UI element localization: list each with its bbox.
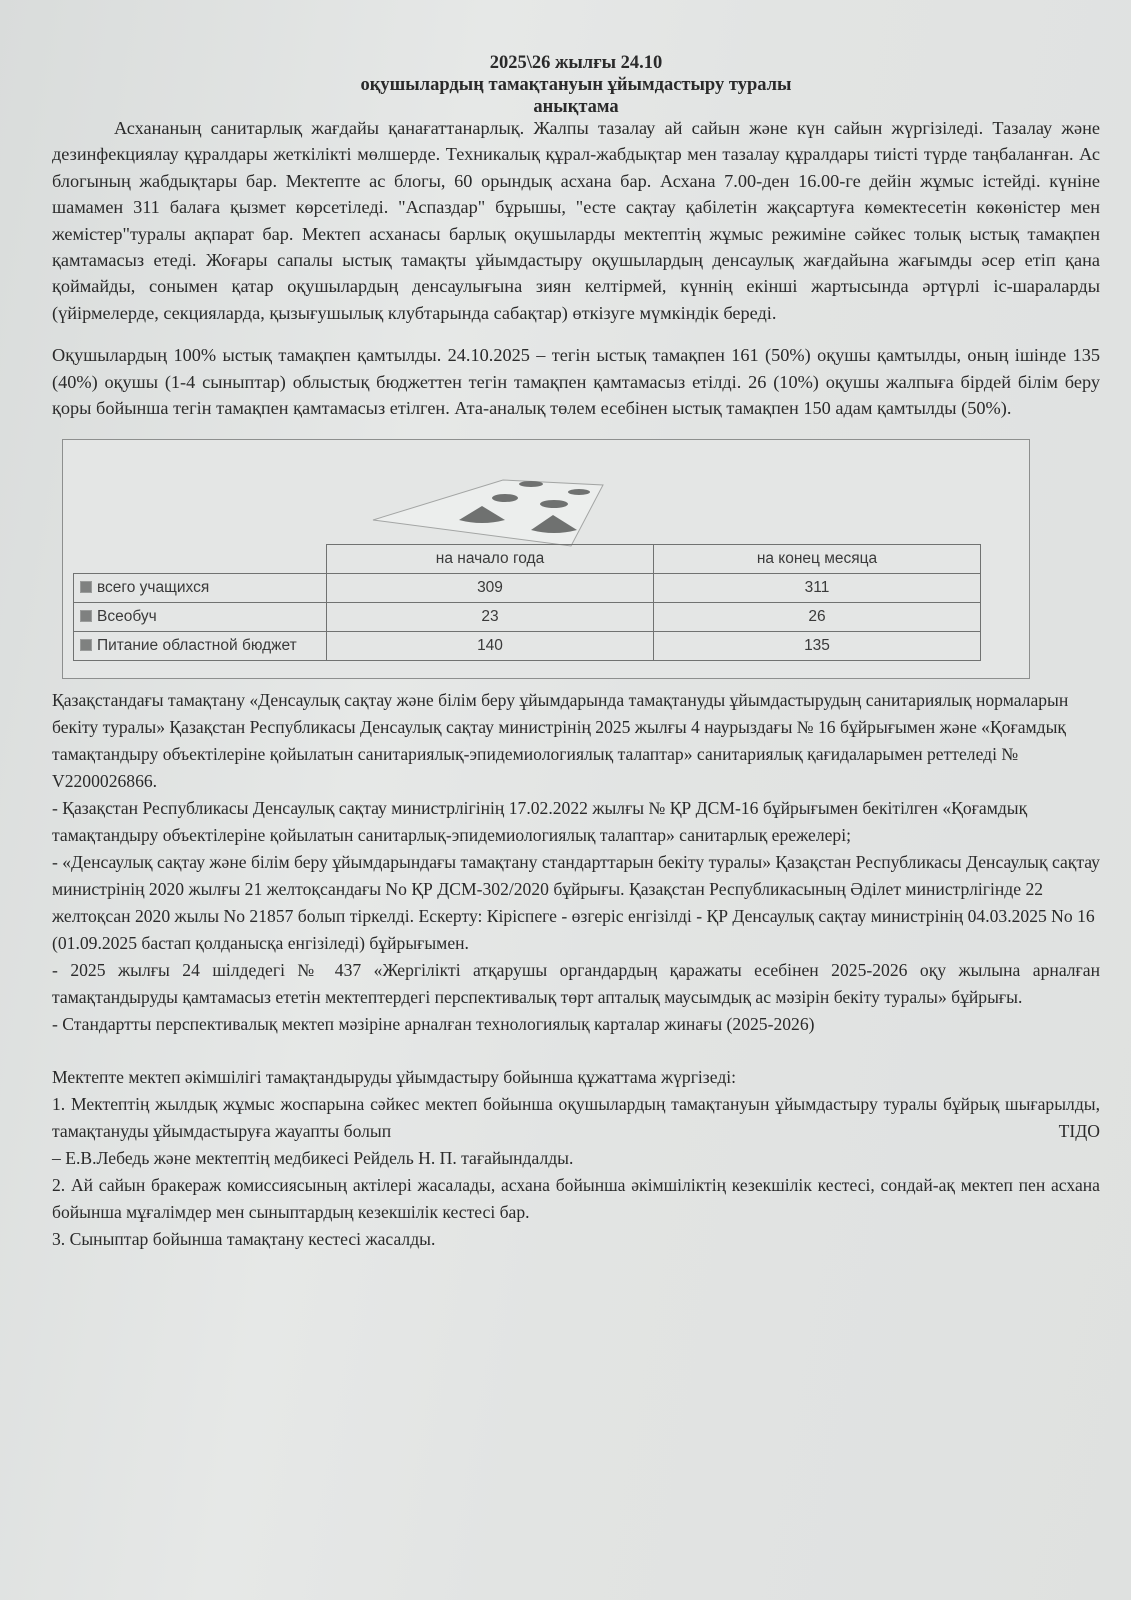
responsible-position: ТІДО [1059, 1118, 1100, 1145]
documentation-item-3: 3. Сыныптар бойынша тамақтану кестесі жа… [52, 1226, 1100, 1253]
cone-chart-plot [63, 440, 1031, 550]
documentation-section: Мектепте мектеп әкімшілігі тамақтандыруд… [52, 1064, 1100, 1253]
document-title: 2025\26 жылғы 24.10 оқушылардың тамақтан… [52, 52, 1100, 118]
cell-start: 140 [327, 632, 654, 661]
cone-bar-top-budget-end [540, 500, 568, 508]
cell-end: 26 [654, 603, 981, 632]
cone-chart: на начало года на конец месяца всего уча… [62, 439, 1030, 679]
row-label: Питание областной бюджет [97, 637, 297, 654]
documentation-item-1: 1. Мектептің жылдық жұмыс жоспарына сәйк… [52, 1091, 1100, 1145]
documentation-item-2: 2. Ай сайын бракераж комиссиясының актіл… [52, 1172, 1100, 1226]
regulations-intro: Қазақстандағы тамақтану «Денсаулық сақта… [52, 687, 1100, 795]
regulation-item: - Стандартты перспективалық мектеп мәзір… [52, 1011, 912, 1038]
legend-square-icon [80, 639, 92, 651]
documentation-item-1-continued: – Е.В.Лебедь және мектептің медбикесі Ре… [52, 1145, 1100, 1172]
cell-end: 311 [654, 574, 981, 603]
coverage-paragraph: Оқушылардың 100% ыстық тамақпен қамтылды… [52, 342, 1100, 421]
chart-data-table: на начало года на конец месяца всего уча… [73, 544, 981, 661]
table-row: Всеобуч 23 26 [74, 603, 981, 632]
regulations-section: Қазақстандағы тамақтану «Денсаулық сақта… [52, 687, 1100, 1038]
regulation-item: - 2025 жылғы 24 шілдедегі № 437 «Жергілі… [52, 957, 1100, 1011]
row-label: всего учащихся [97, 579, 209, 596]
table-row: всего учащихся 309 311 [74, 574, 981, 603]
regulation-item: - Қазақстан Республикасы Денсаулық сақта… [52, 795, 1100, 849]
cone-bar-top-total-end [519, 481, 543, 487]
regulation-item: - «Денсаулық сақтау және білім беру ұйым… [52, 849, 1100, 957]
legend-square-icon [80, 581, 92, 593]
table-row: Питание областной бюджет 140 135 [74, 632, 981, 661]
table-header-row: на начало года на конец месяца [74, 545, 981, 574]
intro-paragraph: Асхананың санитарлық жағдайы қанағаттана… [52, 115, 1100, 326]
title-subject: оқушылардың тамақтануын ұйымдастыру тура… [52, 74, 1100, 96]
cone-bar-top-vseobuch-start [492, 494, 518, 502]
documentation-intro: Мектепте мектеп әкімшілігі тамақтандыруд… [52, 1064, 1100, 1091]
cell-start: 309 [327, 574, 654, 603]
table-header-end: на конец месяца [654, 545, 981, 574]
title-date: 2025\26 жылғы 24.10 [52, 52, 1100, 74]
table-header-empty [74, 545, 327, 574]
legend-square-icon [80, 610, 92, 622]
row-label: Всеобуч [97, 608, 157, 625]
cell-start: 23 [327, 603, 654, 632]
cone-bar-top-vseobuch-end [568, 489, 590, 495]
table-header-start: на начало года [327, 545, 654, 574]
cell-end: 135 [654, 632, 981, 661]
document-page: 2025\26 жылғы 24.10 оқушылардың тамақтан… [52, 52, 1100, 1253]
